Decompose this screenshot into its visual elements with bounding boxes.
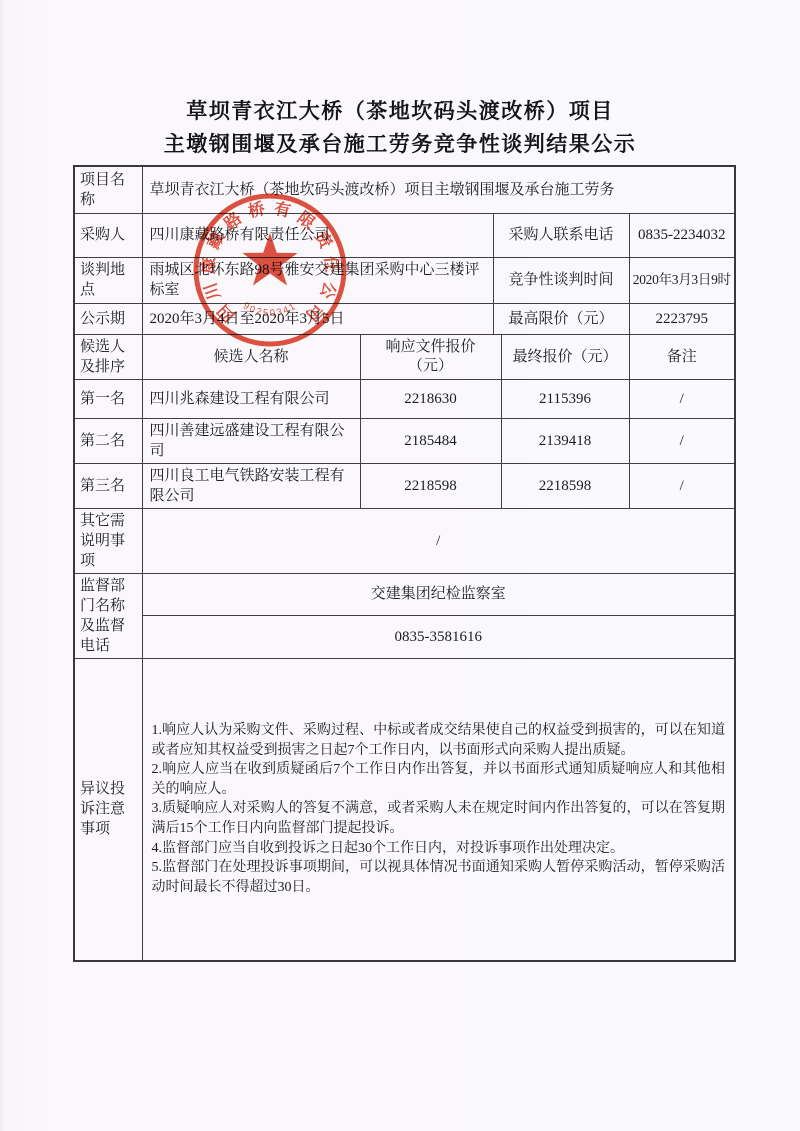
header-response-price-line2: （元） bbox=[362, 357, 500, 376]
header-remark: 备注 bbox=[629, 334, 735, 379]
supervision-phone-value: 0835-3581616 bbox=[142, 616, 735, 659]
candidate-2-name: 四川善建远盛建设工程有限公司 bbox=[142, 418, 360, 463]
candidate-1-response-price: 2218630 bbox=[360, 379, 501, 418]
candidate-2-response-price: 2185484 bbox=[360, 418, 501, 463]
objection-item-2: 2.响应人应当在收到质疑函后7个工作日内作出答复，并以书面形式通知质疑响应人和其… bbox=[152, 760, 726, 799]
company-seal-stamp: 四川康藏路桥有限责任公司 90250341 bbox=[186, 186, 354, 354]
purchaser-phone-label: 采购人联系电话 bbox=[493, 213, 629, 257]
header-response-price-line1: 响应文件报价 bbox=[362, 338, 500, 357]
table-row-candidate-2: 第二名 四川善建远盛建设工程有限公司 2185484 2139418 / bbox=[74, 418, 735, 463]
row-location: 谈判地点 雨城区北环东路98号雅安交建集团采购中心三楼评标室 竞争性谈判时间 2… bbox=[74, 257, 735, 303]
candidate-1-name: 四川兆森建设工程有限公司 bbox=[142, 379, 360, 418]
document-title-line1: 草坝青衣江大桥（茶地坎码头渡改桥）项目 bbox=[0, 95, 800, 128]
row-supervision-phone: 0835-3581616 bbox=[74, 616, 735, 659]
document-title-line2: 主墩钢围堰及承台施工劳务竞争性谈判结果公示 bbox=[0, 128, 800, 161]
row-project-name: 项目名称 草坝青衣江大桥（茶地坎码头渡改桥）项目主墩钢围堰及承台施工劳务 bbox=[74, 166, 735, 213]
row-objection-notes: 异议投诉注意事项 1.响应人认为采购文件、采购过程、中标或者成交结果使自己的权益… bbox=[74, 658, 735, 961]
supervision-dept-value: 交建集团纪检监察室 bbox=[142, 573, 735, 616]
objection-item-1: 1.响应人认为采购文件、采购过程、中标或者成交结果使自己的权益受到损害的，可以在… bbox=[152, 721, 726, 760]
objection-item-4: 4.监督部门应当自收到投诉之日起30个工作日内，对投诉事项作出处理决定。 bbox=[152, 839, 726, 859]
candidate-1-remark: / bbox=[629, 379, 735, 418]
candidate-3-name: 四川良工电气铁路安装工程有限公司 bbox=[142, 463, 360, 508]
seal-serial-number: 90250341 bbox=[241, 300, 299, 319]
candidate-2-remark: / bbox=[629, 418, 735, 463]
header-rank: 候选人及排序 bbox=[74, 334, 142, 379]
candidate-1-final-price: 2115396 bbox=[501, 379, 629, 418]
row-other-notes: 其它需说明事项 / bbox=[74, 508, 735, 573]
objection-label: 异议投诉注意事项 bbox=[74, 658, 142, 961]
objection-text-block: 1.响应人认为采购文件、采购过程、中标或者成交结果使自己的权益受到损害的，可以在… bbox=[152, 721, 726, 897]
publicity-label: 公示期 bbox=[74, 303, 142, 334]
seal-star-icon bbox=[242, 233, 297, 286]
candidate-2-final-price: 2139418 bbox=[501, 418, 629, 463]
candidate-3-final-price: 2218598 bbox=[501, 463, 629, 508]
document-page: 草坝青衣江大桥（茶地坎码头渡改桥）项目 主墩钢围堰及承台施工劳务竞争性谈判结果公… bbox=[0, 0, 800, 1131]
candidate-2-rank: 第二名 bbox=[74, 418, 142, 463]
max-price-label: 最高限价（元） bbox=[493, 303, 629, 334]
location-label: 谈判地点 bbox=[74, 257, 142, 303]
objection-item-3: 3.质疑响应人对采购人的答复不满意，或者采购人未在规定时间内作出答复的，可以在答… bbox=[152, 799, 726, 838]
table-row-candidate-3: 第三名 四川良工电气铁路安装工程有限公司 2218598 2218598 / bbox=[74, 463, 735, 508]
other-notes-value: / bbox=[142, 508, 735, 573]
header-response-price: 响应文件报价 （元） bbox=[360, 334, 501, 379]
max-price-value: 2223795 bbox=[629, 303, 735, 334]
other-notes-label: 其它需说明事项 bbox=[74, 508, 142, 573]
objection-notes-cell: 1.响应人认为采购文件、采购过程、中标或者成交结果使自己的权益受到损害的，可以在… bbox=[142, 658, 735, 961]
candidate-1-rank: 第一名 bbox=[74, 379, 142, 418]
row-publicity-period: 公示期 2020年3月4日至2020年3月5日 最高限价（元） 2223795 bbox=[74, 303, 735, 334]
candidate-3-remark: / bbox=[629, 463, 735, 508]
candidate-3-response-price: 2218598 bbox=[360, 463, 501, 508]
row-candidates-header: 候选人及排序 候选人名称 响应文件报价 （元） 最终报价（元） 备注 bbox=[74, 334, 735, 379]
row-purchaser: 采购人 四川康藏路桥有限责任公司 采购人联系电话 0835-2234032 bbox=[74, 213, 735, 257]
objection-item-5: 5.监督部门在处理投诉事项期间，可以视具体情况书面通知采购人暂停采购活动，暂停采… bbox=[152, 858, 726, 897]
candidate-3-rank: 第三名 bbox=[74, 463, 142, 508]
results-table: 项目名称 草坝青衣江大桥（茶地坎码头渡改桥）项目主墩钢围堰及承台施工劳务 采购人… bbox=[73, 165, 736, 962]
header-final-price: 最终报价（元） bbox=[501, 334, 629, 379]
negotiation-time-label: 竞争性谈判时间 bbox=[493, 257, 629, 303]
supervision-label: 监督部门名称及监督电话 bbox=[74, 573, 142, 658]
purchaser-phone-value: 0835-2234032 bbox=[629, 213, 735, 257]
project-name-label: 项目名称 bbox=[74, 166, 142, 213]
purchaser-label: 采购人 bbox=[74, 213, 142, 257]
row-supervision-dept: 监督部门名称及监督电话 交建集团纪检监察室 bbox=[74, 573, 735, 616]
table-row-candidate-1: 第一名 四川兆森建设工程有限公司 2218630 2115396 / bbox=[74, 379, 735, 418]
document-title: 草坝青衣江大桥（茶地坎码头渡改桥）项目 主墩钢围堰及承台施工劳务竞争性谈判结果公… bbox=[0, 95, 800, 161]
negotiation-time-value: 2020年3月3日9时 bbox=[629, 257, 735, 303]
